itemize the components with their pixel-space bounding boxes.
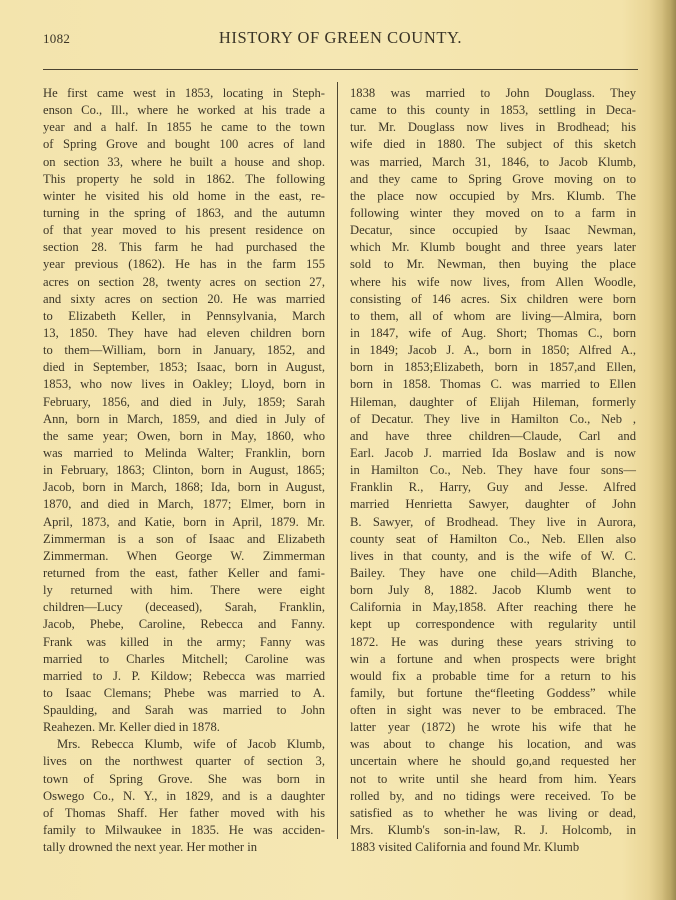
right-column: 1838 was married to John Douglass. Theyc… — [350, 85, 636, 856]
text-line: California in May,1858. After reaching t… — [350, 599, 636, 616]
text-line: 1872. He was during these years striving… — [350, 634, 636, 651]
text-line: of that year moved to his present reside… — [43, 222, 325, 239]
text-line: where his wife now lives, from Allen Woo… — [350, 274, 636, 291]
text-line: and they came to Spring Grove moving on … — [350, 171, 636, 188]
text-line: children—Lucy (deceased), Sarah, Frankli… — [43, 599, 325, 616]
text-line: 1883 visited California and found Mr. Kl… — [350, 839, 636, 856]
text-line: was married, March 31, 1846, to Jacob Kl… — [350, 154, 636, 171]
text-line: 13, 1850. They have had eleven children … — [43, 325, 325, 342]
text-line: county seat of Hamilton Co., Neb. Ellen … — [350, 531, 636, 548]
text-line: Franklin R., Harry, Guy and Jesse. Alfre… — [350, 479, 636, 496]
text-line: family, but fortune the“fleeting Goddess… — [350, 685, 636, 702]
text-line: Mrs. Klumb's son-in-law, R. J. Holcomb, … — [350, 822, 636, 839]
text-line: Reahezen. Mr. Keller died in 1878. — [43, 719, 325, 736]
text-line: tur. Mr. Douglass now lives in Brodhead;… — [350, 119, 636, 136]
text-line: Decatur, since occupied by Isaac Newman, — [350, 222, 636, 239]
text-line: 1838 was married to John Douglass. They — [350, 85, 636, 102]
text-line: town of Spring Grove. She was born in — [43, 771, 325, 788]
column-divider — [337, 82, 338, 839]
text-line: rolled by, and no tidings were received.… — [350, 788, 636, 805]
text-line: the place now occupied by Mrs. Klumb. Th… — [350, 188, 636, 205]
text-line: 1870, and died in March, 1877; Elmer, bo… — [43, 496, 325, 513]
text-line: married to Charles Mitchell; Caroline wa… — [43, 651, 325, 668]
text-line: year previous (1862). He has in the farm… — [43, 256, 325, 273]
text-line: often in sight was never to be embraced.… — [350, 702, 636, 719]
text-line: of Thomas Shaff. Her father moved with h… — [43, 805, 325, 822]
text-line: sold to Mr. Newman, then buying the plac… — [350, 256, 636, 273]
text-line: married to J. P. Kildow; Rebecca was mar… — [43, 668, 325, 685]
text-line: of Decatur. They live in Hamilton Co., N… — [350, 411, 636, 428]
text-line: the same year; Owen, born in May, 1860, … — [43, 428, 325, 445]
text-line: enson Co., Ill., where he worked at his … — [43, 102, 325, 119]
text-line: uncertain where he should go,and request… — [350, 753, 636, 770]
text-line: lives on the northwest quarter of sectio… — [43, 753, 325, 770]
text-line: Oswego Co., N. Y., in 1829, and is a dau… — [43, 788, 325, 805]
text-line: turning in the spring of 1863, and the a… — [43, 205, 325, 222]
text-line: born in 1858. Thomas C. was married to E… — [350, 376, 636, 393]
text-line: family to Milwaukee in 1835. He was acci… — [43, 822, 325, 839]
left-column: He first came west in 1853, locating in … — [43, 85, 325, 856]
text-line: married Henrietta Sawyer, daughter of Jo… — [350, 496, 636, 513]
text-line: in 1849; Jacob J. A., born in 1850; Alfr… — [350, 342, 636, 359]
text-line: He first came west in 1853, locating in … — [43, 85, 325, 102]
text-line: year and a half. In 1855 he came to the … — [43, 119, 325, 136]
text-line: Earl. Jacob J. married Ida Boslaw and is… — [350, 445, 636, 462]
text-line: Bailey. They have one child—Adith Blanch… — [350, 565, 636, 582]
text-line: to Elizabeth Keller, in Pennsylvania, Ma… — [43, 308, 325, 325]
text-line: Mrs. Rebecca Klumb, wife of Jacob Klumb, — [43, 736, 325, 753]
text-line: Jacob, born in March, 1868; Ida, born in… — [43, 479, 325, 496]
text-line: and sixty acres on section 20. He was ma… — [43, 291, 325, 308]
text-line: in 1847, wife of Aug. Short; Thomas C., … — [350, 325, 636, 342]
text-line: following winter they moved on to a farm… — [350, 205, 636, 222]
text-line: was about to change his location, and wa… — [350, 736, 636, 753]
text-line: born in 1853;Elizabeth, born in 1857,and… — [350, 359, 636, 376]
text-line: This property he sold in 1862. The follo… — [43, 171, 325, 188]
page-header: 1082 HISTORY OF GREEN COUNTY. — [43, 28, 638, 50]
text-line: on section 33, where he built a house an… — [43, 154, 325, 171]
text-line: to Isaac Clemans; Phebe was married to A… — [43, 685, 325, 702]
text-line: lives in that county, and is the wife of… — [350, 548, 636, 565]
text-line: February, 1856, and died in July, 1859; … — [43, 394, 325, 411]
text-line: B. Sawyer, of Brodhead. They live in Aur… — [350, 514, 636, 531]
text-line: winter he visited his old home in the ea… — [43, 188, 325, 205]
text-line: Jacob, Phebe, Caroline, Rebecca and Fann… — [43, 616, 325, 633]
text-line: came to this county in 1853, settling in… — [350, 102, 636, 119]
running-title: HISTORY OF GREEN COUNTY. — [43, 28, 638, 48]
text-line: in Hamilton Co., Neb. They have four son… — [350, 462, 636, 479]
text-line: kept up correspondence with regularity u… — [350, 616, 636, 633]
text-line: ly returned with him. There were eight — [43, 582, 325, 599]
text-line: was married to Melinda Walter; Franklin,… — [43, 445, 325, 462]
text-line: to them, all of whom are living—Almira, … — [350, 308, 636, 325]
text-line: Zimmerman is a son of Isaac and Elizabet… — [43, 531, 325, 548]
text-line: Frank was killed in the army; Fanny was — [43, 634, 325, 651]
text-line: 1853, who now lives in Oakley; Lloyd, bo… — [43, 376, 325, 393]
text-line: to them—William, born in January, 1852, … — [43, 342, 325, 359]
text-line: died in September, 1853; Isaac, born in … — [43, 359, 325, 376]
text-line: born July 8, 1882. Jacob Klumb went to — [350, 582, 636, 599]
text-line: consisting of 146 acres. Six children we… — [350, 291, 636, 308]
text-line: in February, 1863; Clinton, born in Augu… — [43, 462, 325, 479]
text-line: tally drowned the next year. Her mother … — [43, 839, 325, 856]
text-line: and have three children—Claude, Carl and — [350, 428, 636, 445]
text-line: Spaulding, and Sarah was married to John — [43, 702, 325, 719]
text-line: acres on section 28, twenty acres on sec… — [43, 274, 325, 291]
text-line: win a fortune and when prospects were br… — [350, 651, 636, 668]
text-line: which Mr. Klumb bought and three years l… — [350, 239, 636, 256]
text-line: of Spring Grove and bought 100 acres of … — [43, 136, 325, 153]
text-line: returned from the east, father Keller an… — [43, 565, 325, 582]
text-line: wife died in 1880. The subject of this s… — [350, 136, 636, 153]
text-line: not to write until she heard from him. Y… — [350, 771, 636, 788]
text-line: section 28. This farm he had purchased t… — [43, 239, 325, 256]
header-rule — [43, 69, 638, 70]
text-line: Ann, born in March, 1859, and died in Ju… — [43, 411, 325, 428]
page-edge-shadow — [662, 0, 676, 900]
text-line: latter year (1872) he wrote his wife tha… — [350, 719, 636, 736]
text-line: would fix a probable time for a return t… — [350, 668, 636, 685]
text-line: satisfied as to whether he was living or… — [350, 805, 636, 822]
text-line: April, 1873, and Katie, born in April, 1… — [43, 514, 325, 531]
text-line: Zimmerman. When George W. Zimmerman — [43, 548, 325, 565]
text-line: Hileman, daughter of Elijah Hileman, for… — [350, 394, 636, 411]
